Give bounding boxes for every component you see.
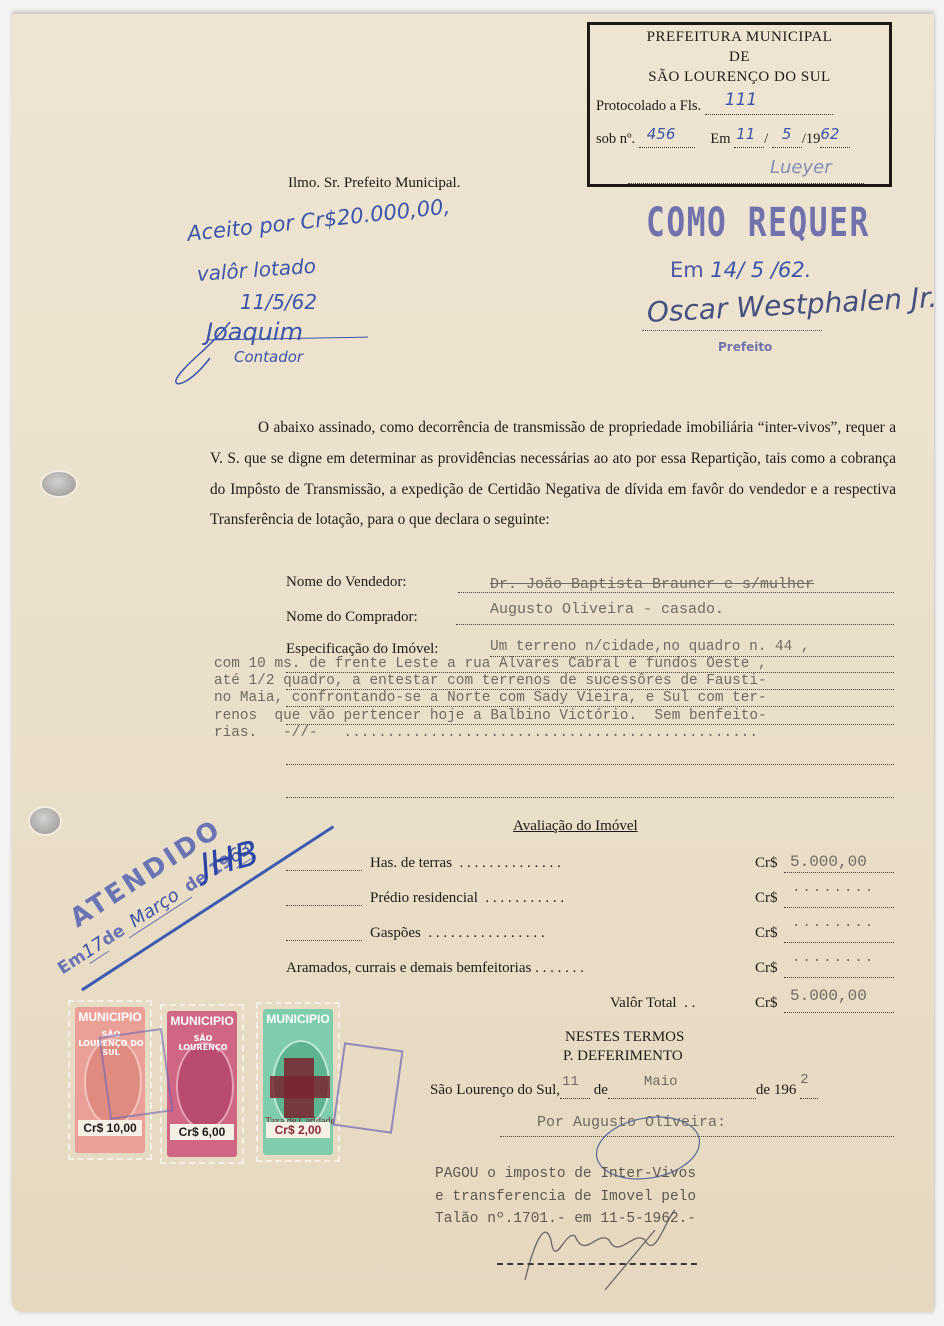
spec-line: com 10 ms. de frente Leste a rua Alvares…	[214, 656, 767, 673]
stamp-header: MUNICIPIO	[70, 1010, 150, 1024]
eval-leader: . . . . . . . . . . . . . . . .	[428, 925, 544, 941]
predio-value: ........	[792, 880, 875, 896]
punch-hole-upper	[42, 472, 76, 496]
stamp-subtitle: SÃO LOURENÇO	[168, 1034, 238, 1052]
especificacao-line-6	[286, 797, 894, 798]
closing-date-row: São Lourenço do Sul,11 deMaiode 196 2	[430, 1082, 818, 1099]
especificacao-line-3	[286, 706, 894, 707]
salutation: Ilmo. Sr. Prefeito Municipal.	[288, 175, 460, 192]
especificacao-first-line: Um terreno n/cidade,no quadro n. 44 ,	[490, 639, 810, 655]
protocol-title-line2: DE	[590, 49, 889, 66]
fls-field: 111	[705, 98, 833, 115]
closing-place: São Lourenço do Sul,	[430, 1082, 560, 1098]
revenue-stamp-2-caridade: MUNICIPIO Taxa de Caridade Cr$ 2,00	[256, 1002, 340, 1162]
protocol-signature: Lueyer	[770, 157, 832, 178]
closing-day: 11	[562, 1074, 579, 1090]
approval-date-label: Em	[670, 258, 704, 282]
gaspoes-value: ........	[792, 915, 875, 931]
comprador-line	[456, 624, 894, 625]
como-requer-stamp: COMO REQUER	[646, 200, 870, 246]
total-leader: . .	[684, 995, 695, 1011]
protocol-sob-row: sob nº. 456 Em 11 / 5 /19 62	[596, 131, 850, 148]
sob-field: 456	[639, 131, 695, 148]
has-terras-qty-line	[286, 870, 362, 871]
avaliacao-title: Avaliação do Imóvel	[513, 818, 638, 835]
eval-label: Gaspões	[370, 925, 421, 941]
stamp-header: MUNICIPIO	[162, 1014, 242, 1028]
eval-leader: . . . . . . . . . . . . . .	[460, 855, 561, 871]
eval-row-gaspoes: Gaspões . . . . . . . . . . . . . . . .	[370, 925, 545, 942]
comprador-value: Augusto Oliveira - casado.	[490, 601, 724, 618]
stamp-value: Cr$ 2,00	[266, 1122, 330, 1138]
red-cross-bar	[270, 1076, 330, 1098]
protocol-title-line3: SÃO LOURENÇO DO SUL	[590, 69, 889, 86]
protocol-signature-line	[628, 183, 864, 184]
aramados-value: ........	[792, 950, 875, 966]
year-prefix: /19	[802, 131, 821, 147]
total-value: 5.000,00	[790, 987, 867, 1005]
eval-row-predio: Prédio residencial . . . . . . . . . . .	[370, 890, 564, 907]
predio-qty-line	[286, 905, 362, 906]
stamp-value: Cr$ 10,00	[78, 1120, 142, 1136]
closing-line1: NESTES TERMOS	[565, 1029, 684, 1046]
em-label: Em	[710, 131, 730, 147]
year-field: 62	[820, 131, 850, 148]
gaspoes-value-line	[784, 942, 894, 943]
payment-line1: PAGOU o imposto de Inter-Vivos	[435, 1163, 696, 1186]
closing-de2: de 196	[756, 1082, 796, 1098]
handwritten-note-date: 11/5/62	[240, 290, 317, 314]
closing-day-field: 11	[560, 1082, 590, 1099]
especificacao-line-2	[286, 689, 894, 690]
eval-currency: Cr$	[755, 960, 778, 977]
sob-value: 456	[647, 125, 676, 143]
especificacao-line-1	[286, 672, 894, 673]
eval-currency: Cr$	[755, 925, 778, 942]
total-currency: Cr$	[755, 995, 778, 1012]
revenue-stamp-6: MUNICIPIO SÃO LOURENÇO Cr$ 6,00	[160, 1004, 244, 1164]
approval-date: Em 14/ 5 /62.	[670, 258, 811, 282]
total-value-line	[784, 1012, 894, 1013]
prefeito-signature-line	[642, 330, 822, 331]
eval-label: Has. de terras	[370, 855, 452, 871]
eval-currency: Cr$	[755, 855, 778, 872]
approval-date-value: 14/ 5 /62.	[710, 258, 811, 282]
year-value: 62	[820, 125, 839, 143]
has-terras-value-line	[784, 872, 894, 873]
eval-leader: . . . . . . .	[535, 960, 584, 976]
eval-row-aramados: Aramados, currais e demais bemfeitorias …	[286, 960, 584, 977]
closing-de1: de	[594, 1082, 608, 1098]
signature-flourish-icon	[170, 318, 250, 390]
total-label: Valôr Total	[610, 995, 677, 1011]
fls-label: Protocolado a Fls.	[596, 98, 701, 114]
em-day-value: 11	[736, 125, 755, 143]
body-paragraph-text: O abaixo assinado, como decorrência de t…	[210, 413, 896, 536]
cancellation-stamp	[332, 1042, 403, 1134]
protocol-box: PREFEITURA MUNICIPAL DE SÃO LOURENÇO DO …	[587, 22, 892, 187]
spec-line: renos que vão pertencer hoje a Balbino V…	[214, 708, 767, 725]
gaspoes-qty-line	[286, 940, 362, 941]
especificacao-lines: com 10 ms. de frente Leste a rua Alvares…	[214, 656, 767, 742]
em-day-field: 11	[734, 131, 764, 148]
cancellation-stamp	[98, 1028, 173, 1120]
closing-month-field: Maio	[608, 1082, 756, 1099]
stamp-portrait-icon	[176, 1042, 234, 1130]
em-month-value: 5	[782, 125, 792, 143]
stamp-value: Cr$ 6,00	[170, 1124, 234, 1140]
protocol-fls-row: Protocolado a Fls. 111	[596, 98, 833, 115]
vendedor-label: Nome do Vendedor:	[286, 574, 407, 591]
spec-line: até 1/2 quadro, a entestar com terrenos …	[214, 673, 767, 690]
payment-signature-icon	[515, 1200, 685, 1295]
eval-label: Prédio residencial	[370, 890, 478, 906]
fls-value: 111	[725, 90, 757, 110]
aramados-value-line	[784, 977, 894, 978]
closing-line2: P. DEFERIMENTO	[563, 1048, 683, 1065]
especificacao-line-4	[286, 724, 894, 725]
eval-row-total: Valôr Total . .	[610, 995, 695, 1012]
eval-row-has-terras: Has. de terras . . . . . . . . . . . . .…	[370, 855, 561, 872]
closing-year: 2	[800, 1072, 808, 1088]
especificacao-line-5	[286, 764, 894, 765]
eval-leader: . . . . . . . . . . .	[485, 890, 564, 906]
vendedor-value: Dr. João Baptista Brauner e s/mulher	[490, 576, 814, 593]
eval-currency: Cr$	[755, 890, 778, 907]
comprador-label: Nome do Comprador:	[286, 609, 418, 626]
has-terras-value: 5.000,00	[790, 853, 867, 871]
body-paragraph: O abaixo assinado, como decorrência de t…	[210, 413, 896, 536]
closing-month: Maio	[644, 1074, 678, 1090]
sob-label: sob nº.	[596, 131, 635, 147]
punch-hole-lower	[30, 808, 60, 834]
predio-value-line	[784, 907, 894, 908]
protocol-title-line1: PREFEITURA MUNICIPAL	[590, 29, 889, 46]
stamp-header: MUNICIPIO	[258, 1012, 338, 1026]
prefeito-role: Prefeito	[718, 340, 772, 354]
eval-label: Aramados, currais e demais bemfeitorias	[286, 960, 531, 976]
closing-year-field: 2	[800, 1082, 818, 1099]
spec-line: rias. -//- .............................…	[214, 725, 767, 742]
em-month-field: 5	[772, 131, 802, 148]
